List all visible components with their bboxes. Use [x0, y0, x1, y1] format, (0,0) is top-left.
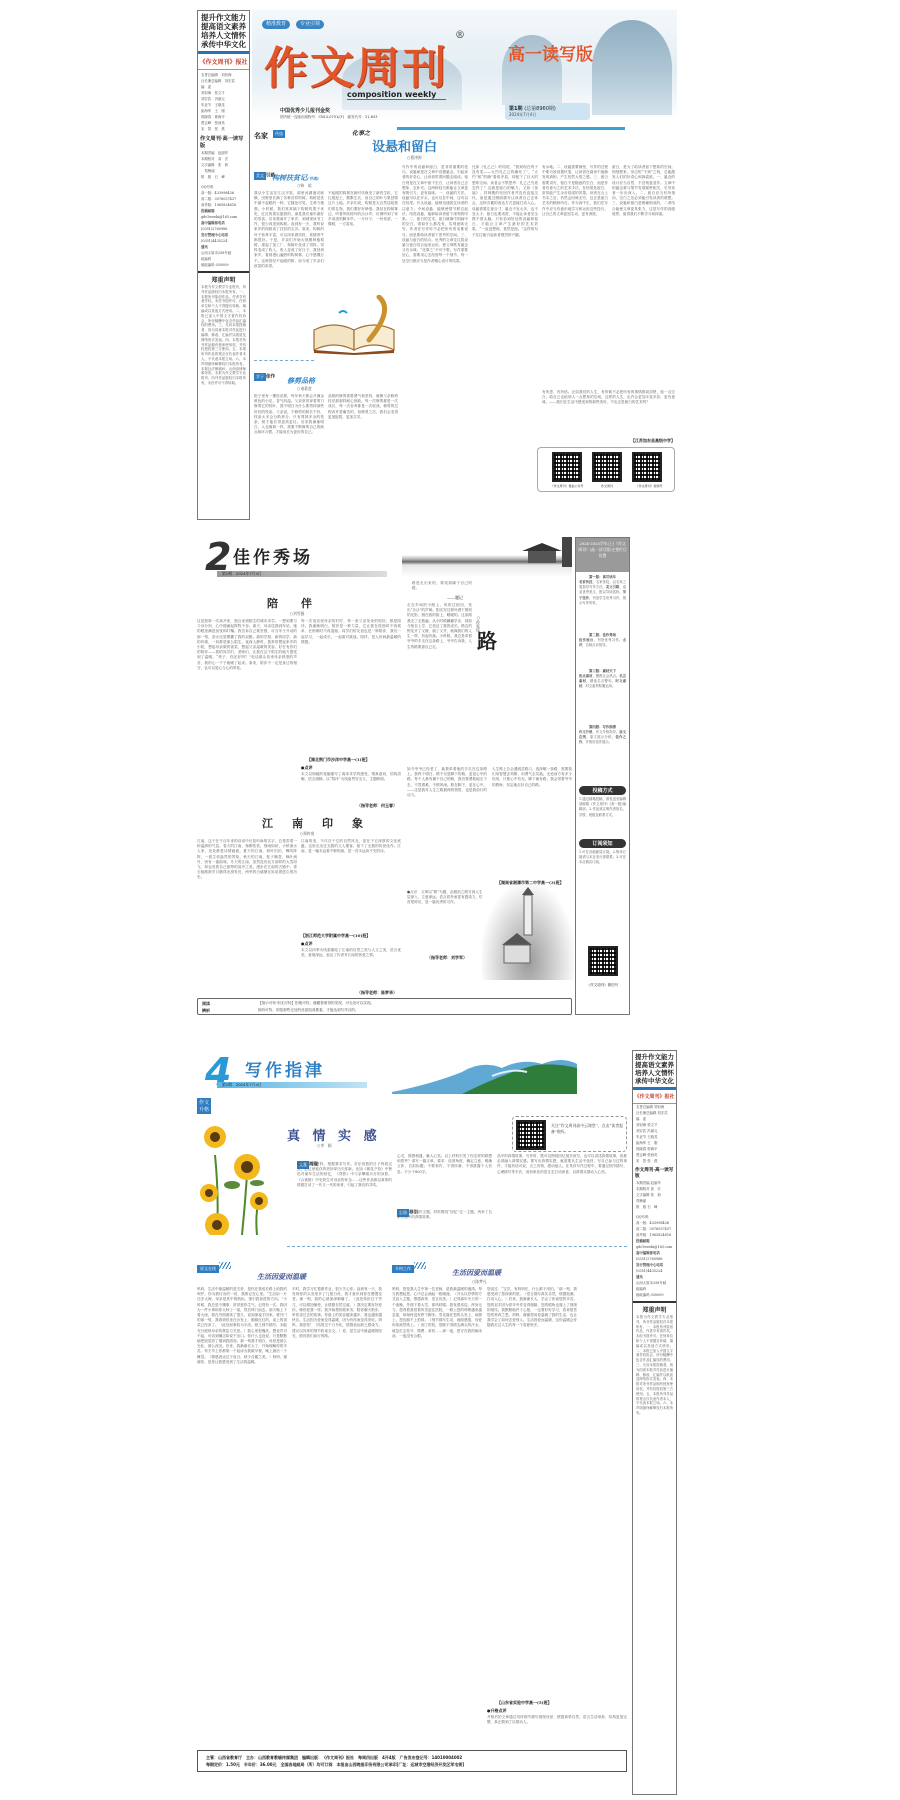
- issue-number: 第1期 (总第8960期): [509, 105, 586, 112]
- qr-label: 《作文周刊》微信号: [576, 983, 629, 988]
- notice-title: 郑重声明: [633, 1301, 676, 1314]
- page-title: 写作指津: [245, 1056, 325, 1081]
- edition-section-title: 作文周刊·高一读写版: [633, 1164, 676, 1180]
- comment-body: 本文以细腻的笔触描写了离家求学的感受，情真意切，结构清晰，语言流畅，以“陪伴”为…: [301, 772, 401, 802]
- slogan: 提升作文能力 提高语文素养 培养人文情怀 承传中华文化: [198, 11, 249, 54]
- school-credit: 【浙江师范大学附属中学高一(10)班】: [301, 933, 370, 939]
- article-title: 江 南 印 象: [262, 815, 367, 831]
- reading-guide-box: 阅读辨析 【指示可待·别无可待】拒绝可待，潜藏着难得的发现，可无处可以实现。拥有…: [197, 998, 572, 1015]
- comment-label: ●点评: [301, 765, 313, 771]
- column-tag: 名家 传技: [254, 123, 285, 142]
- publisher-name: 《作文周刊》报社: [198, 54, 249, 70]
- tag-badge: 学子: [254, 373, 266, 381]
- school-credit: 【湖北荆门市沙洋中学高一(1)班】: [307, 757, 370, 763]
- slogan-line: 提升作文能力: [633, 1053, 676, 1061]
- article-body: 院子里有一棵桂花树，每年秋天都会开满金黄色的小花，香气四溢。父亲常常拿着剪刀修剪…: [254, 394, 324, 519]
- lead-body: 写作中的设悬和留白，是非常重要的技巧。设悬就是在文章中设置悬念，引起读者的好奇心…: [402, 165, 468, 520]
- column-guide-header: 2024-2025学年(上)《作文周刊》(高一读写版)主要栏目设置: [576, 538, 629, 572]
- page-title: 佳作秀场: [233, 543, 313, 568]
- subscription-body: 1.可在各地邮局订阅。2.集体订阅请与本社发行部联系。3.可在本社微店订阅。: [576, 850, 629, 905]
- article-title: 构树扶贫记(节选): [272, 173, 319, 183]
- teacher-credit: （指导老师：陈梦华）: [357, 990, 397, 996]
- qr-promo-box: 关注“作文周刊高中云课堂”，点击“读者报备”收听。: [512, 1116, 627, 1152]
- original-title: 生活因爱而温暖: [257, 1272, 306, 1282]
- teacher-credit: （指导老师：何玉春）: [357, 803, 397, 809]
- article-body: 品格的修剪需要勇气和坚持，就像父亲修剪桂花树那样耐心细致。每一次修剪都是一次成长…: [328, 394, 398, 519]
- lead-author: ○曹津源: [407, 155, 422, 161]
- upgrade-author: ○陈梦凡: [472, 1279, 487, 1285]
- lead-body: 有所思，有所悟。正如我们的人生，有时候不必把所有的事情都说清楚，留一点空白，给自…: [542, 390, 675, 435]
- qr-label: 《作文周刊》微信公众号: [542, 484, 592, 488]
- imprint-line: 每期定价：1.50元 半年价：36.00元 全国各地邮局（所）均可订阅 本报由山…: [206, 1761, 618, 1768]
- qr-code-panel: 《作文周刊》微信公众号 作文周刊 《作文周刊》视频号: [537, 447, 675, 492]
- subscription-heading: 订阅须知: [579, 839, 626, 848]
- english-title: composition weekly: [347, 90, 446, 100]
- topic-body: 心灵，情感相通，触人心弦。以上材料引发了你怎样的联想和思考？请写一篇文章。要求：…: [397, 1154, 492, 1199]
- article-body: 江南，这个在千百年来的诗词中反复吟咏的名字，总是带着一种温润的气息。春天的江南，…: [197, 839, 297, 994]
- upgrade-body: 您说过：“宝贝，有妈妈在，什么都不用怕。”那一刻，我感受到了您深深的爱。（语言描…: [487, 1287, 577, 1697]
- slogan-line: 培养人文情怀: [198, 31, 249, 40]
- article-author: ○刘雪薇: [267, 611, 327, 617]
- divider: [287, 1246, 627, 1247]
- tagline-pill: 专业引领: [296, 20, 324, 29]
- page-2: 2 佳作秀场 第1期 2024年7月4日 2024-2025学年(上)《作文周刊…: [197, 535, 677, 1017]
- reading-guide-text: 【指示可待·别无可待】拒绝可待，潜藏着难得的发现，可无处可以实现。拥有可待，即是…: [258, 1000, 374, 1014]
- stripes-decoration: [219, 1262, 231, 1269]
- issue-box: 第1期 (总第8960期) 2024年7月4日: [505, 103, 590, 120]
- epigraph: 路是走出来的，要找到属于自己的路。: [412, 581, 472, 593]
- comment-body: 本文以四季为线索描绘了江南的自然之美与人文之美，语言优美，意境深远，表达了作者对…: [301, 948, 401, 988]
- article-body: 走在乡间的小路上，风吹过稻田，发出“沙沙”的声响。阳光穿过树叶洒下斑驳的光影，照…: [407, 603, 472, 763]
- contact-list: QQ号码 高一版：433998436 高二版：3076037437 高考版：19…: [198, 180, 249, 268]
- article-tag: 学子佳作: [254, 366, 275, 385]
- notice-body: 本报为作文教学专业报刊，所刊作品版权归本报所有。一、本报所刊原创作品，作者享有著…: [633, 1314, 676, 1734]
- registered-mark: ®: [455, 30, 465, 41]
- qr-code-icon[interactable]: [632, 452, 662, 482]
- lead-title: 真 情 实 感: [287, 1125, 381, 1144]
- slogan-line: 承传中华文化: [633, 1077, 676, 1085]
- column-guide-list: 第一版：读写快车 名家传技，名家传技，以名家之笔指导写作方法。美文引路，选录优秀…: [576, 572, 629, 782]
- lead-body: 有余地。二、设悬需要铺垫，写作的过程中要巧妙设置伏笔，让读者在阅读中逐渐发现真相…: [542, 165, 608, 385]
- qr-promo-text: 关注“作文周刊高中云课堂”，点击“读者报备”收听。: [551, 1123, 623, 1135]
- school-credit: 【山东省实验中学高一(5)班】: [497, 1700, 552, 1706]
- article-body: 如今爷爷已经老了，换我牵着他的手走在这条路上。我终于明白，路不仅是脚下的路，更是…: [407, 767, 487, 877]
- qr-label: 作文周刊: [590, 484, 624, 488]
- date-bar: 第1期 2024年7月4日: [217, 1082, 367, 1088]
- lead-body: 比如《孔乙己》的结尾，“我到现在终于没有见——大约孔乙己的确死了”，“大约”和“…: [472, 165, 538, 520]
- sunflower-illustration: [197, 1115, 277, 1235]
- upgrade-section-tab: 升格之作: [392, 1255, 426, 1274]
- guide-section-body: 作文升格，作文升格指导。原文在线，原文展示分析。佳作之作，升格后佳作展示。: [579, 730, 626, 780]
- stripes-decoration: [414, 1262, 426, 1269]
- article-author: ○韩 晗: [297, 183, 312, 189]
- award-line: 中国优秀少儿报刊金奖: [280, 107, 330, 114]
- article-author: ○孙家铭: [475, 615, 481, 632]
- qr-code-icon[interactable]: [516, 1120, 546, 1150]
- notice-body: 本报为作文教学专业报刊，所刊作品版权归本报所有。一、本报所刊原创作品，作者享有著…: [198, 284, 249, 519]
- landscape-illustration: [592, 20, 672, 115]
- comment-label: ●升格点评: [487, 1708, 507, 1714]
- lighthouse-illustration: [482, 885, 574, 980]
- section-tab-label: 原文在线: [197, 1265, 219, 1273]
- original-body: 平时，我学习忙着做作业，很少关心你。直到有一天，我发现你的头发里多了几根白丝，我…: [292, 1287, 382, 1727]
- upgrade-title: 生活因爱而温暖: [452, 1268, 501, 1278]
- guide-section-body: 名家传技，名家传技，以名家之笔指导写作方法。美文引路，选录优秀美文，配以导读赏析…: [579, 580, 626, 632]
- date-bar: 第1期 2024年7月4日: [217, 571, 387, 577]
- slogan: 提升作文能力 提高语文素养 培养人文情怀 承传中华文化: [633, 1051, 676, 1090]
- mountain-illustration: [392, 1054, 577, 1094]
- section-tab-label: 升格之作: [392, 1265, 414, 1273]
- slogan-line: 提高语文素养: [198, 22, 249, 31]
- newspaper-logo: 作文周刊: [264, 32, 448, 96]
- column-tag-badge: 作文升格: [197, 1098, 211, 1114]
- comment-label: ●点评: [301, 941, 313, 947]
- reading-guide-label: 阅读辨析: [202, 1000, 210, 1014]
- open-book-illustration: [309, 295, 399, 355]
- guide-body: 品中的真情故事，写作时，既可以围绕回忆展开叙写，也可以讲述真情故事，但都必须融入…: [497, 1154, 627, 1242]
- article-body: 每一次电话里母亲的叮咛，每一条父亲发来的短信，都是陪伴。我渐渐明白，陪伴是一种力…: [301, 619, 401, 754]
- original-section-tab: 原文在线: [197, 1255, 231, 1274]
- submission-heading: 投稿方式: [579, 786, 626, 795]
- slogan-line: 提升作文能力: [198, 13, 249, 22]
- edition-section-title: 作文周刊·高一读写版: [198, 132, 249, 150]
- imprint-line: 主管：山西省教育厅 主办：山西教育教辅传媒集团 编辑出版：《作文周刊》报社 每周…: [206, 1754, 618, 1761]
- publisher-name: 《作文周刊》报社: [633, 1090, 676, 1104]
- tag-label: 佳作: [266, 375, 275, 380]
- contact-line: 邮政编码 030009: [633, 1292, 676, 1298]
- lead-author: ○李 颖: [317, 1143, 332, 1149]
- guide-body: 这是一道材料作文题。材料围绕“回忆”这一主题，列举了名家作品中的真情故事。: [397, 1210, 492, 1240]
- sidebar-masthead-info: 提升作文能力 提高语文素养 培养人文情怀 承传中华文化 《作文周刊》报社 名誉总…: [632, 1050, 677, 1795]
- article-body: 江南的美，不仅在于它的自然风光，更在于它深厚的文化底蕴。这里走出过无数的文人墨客…: [301, 839, 401, 929]
- guide-section-body: 热点素材，聚焦社会热点。名言素材，精选名言警句。时文素材，时文素材积累运用。: [579, 674, 626, 724]
- slogan-line: 提高语文素养: [633, 1061, 676, 1069]
- divider: [254, 360, 314, 361]
- contact-line: 邮政编码 030009: [198, 262, 249, 268]
- masthead: 精准教育 专业引领 作文周刊 ® 高一读写版 composition weekl…: [252, 10, 677, 122]
- topic-body: 阅读下面的材料，根据要求写作。苦乐忧愁的日子终将过去，记忆里留存的美好却历久弥新…: [297, 1162, 392, 1242]
- qr-code-icon[interactable]: [588, 946, 618, 976]
- column-guide-sidebar: 2024-2025学年(上)《作文周刊》(高一读写版)主要栏目设置 第一版：读写…: [575, 537, 630, 1015]
- lead-title: 设悬和留白: [372, 136, 437, 155]
- issue-date: 2024年7月4日: [509, 112, 586, 118]
- registration-number: 国内统一连续出版物号：CN14-0701/(F) 邮发代号：21-643: [280, 115, 378, 120]
- article-title: 修剪品格: [287, 376, 315, 386]
- article-body: 这是我第一次离开家，独自来到陌生的城市求学。一想到要与父母分别，心中便涌起阵阵不…: [197, 619, 297, 799]
- contact-list: QQ号码 高一版：433998436 高二版：3076037437 高考版：19…: [633, 1210, 676, 1298]
- column-tag-label: 名家: [254, 131, 268, 140]
- submission-body: 1.通过邮箱投稿，请发送至编辑部邮箱《作文周刊》(高一版)编辑部。2.作品须注明…: [576, 797, 629, 837]
- qr-code-icon[interactable]: [592, 452, 622, 482]
- edition-name: 高一读写版: [508, 40, 593, 65]
- slogan-line: 承传中华文化: [198, 40, 249, 49]
- tagline-pill: 精准教育: [262, 20, 290, 29]
- guide-section-body: 佳作展台，刊登优秀习作。点评，名师点评指导。: [579, 638, 626, 668]
- tag-badge: 美文: [254, 172, 266, 180]
- lake-pavilion-illustration: [402, 537, 572, 577]
- upgrade-body: 妈妈，您是我人生中第一位老师，是我最温暖的港湾。每当我想起您，心中总会涌起一股暖…: [392, 1287, 482, 1727]
- article-title: 陪 伴: [267, 595, 318, 611]
- article-body: 人生路上总会遇到岔路口，选择哪一条路，需要我们用智慧去判断，用勇气去实践。无论前…: [492, 767, 572, 877]
- article-author: ○郑梓豪: [277, 831, 337, 837]
- article-body: 不起眼的构树在新时代焕发了新的生机，它扎根泥土，默默生长，用自己的叶与果回馈这片…: [328, 191, 398, 286]
- original-body: 妈妈，生活中最温暖的是关爱，是你在我成长路上给我的呵护。你为我付出的一切，我都记…: [197, 1287, 287, 1727]
- lead-body: 留白，是为了给读者留下想象的空间。细细想来，身边的“不到”之物，总能激发人们的好…: [612, 165, 675, 385]
- lead-series: 化事之: [352, 128, 370, 137]
- staff-list: 名誉总编辑 刘钊海 社长兼总编辑 刘宏武 编 委 刘钊海 张文才 刘宏武 冯丽元…: [198, 70, 249, 132]
- masthead-divider: [397, 127, 625, 130]
- imprint-footer: 主管：山西省教育厅 主办：山西教育教辅传媒集团 编辑出版：《作文周刊》报社 每周…: [197, 1750, 627, 1772]
- notice-title: 郑重声明: [198, 271, 249, 284]
- comment-body: 升格后的文章通过具体细节描写展现母爱，情感真挚自然，语言生动形象，结构更加完整，…: [487, 1715, 627, 1735]
- article-author: ○诸葛萱: [297, 386, 312, 392]
- column-tag: 作文升格: [197, 1095, 211, 1114]
- page-1: 提升作文能力 提高语文素养 培养人文情怀 承传中华文化 《作文周刊》报社 名誉总…: [197, 10, 677, 522]
- qr-label: 《作文周刊》视频号: [624, 484, 674, 488]
- slogan-line: 培养人文情怀: [633, 1069, 676, 1077]
- page-4: 4 写作指津 第1期 2024年7月4日 提升作文能力 提高语文素养 培养人文情…: [197, 1050, 677, 1795]
- epigraph-note: ——题记: [447, 595, 463, 601]
- teacher-credit: （指导老师：刘学军）: [427, 955, 467, 961]
- school-credit: 【江苏如东县高级中学】: [631, 438, 675, 444]
- sidebar-masthead-info: 提升作文能力 提高语文素养 培养人文情怀 承传中华文化 《作文周刊》报社 名誉总…: [197, 10, 250, 520]
- column-tag-badge: 传技: [273, 130, 285, 138]
- qr-code-icon[interactable]: [552, 452, 582, 482]
